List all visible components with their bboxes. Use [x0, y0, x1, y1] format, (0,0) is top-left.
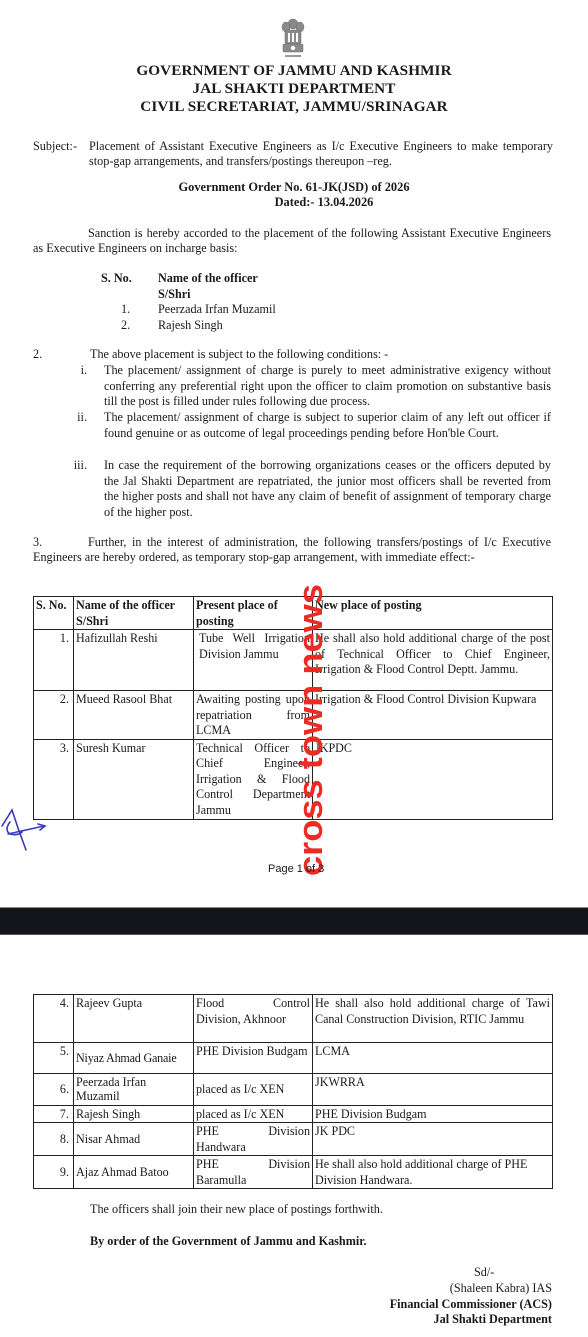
handwritten-initial-icon — [0, 804, 50, 854]
signatory-department: Jal Shakti Department — [30, 1312, 552, 1327]
secretariat-title: CIVIL SECRETARIAT, JAMMU/SRINAGAR — [0, 98, 588, 116]
table-row: 8. Nisar Ahmad PHE Division Handwara JK … — [34, 1123, 553, 1156]
placement-col-sno: S. No. — [101, 271, 158, 287]
subject-text: Placement of Assistant Executive Enginee… — [89, 139, 553, 169]
para-2-number: 2. — [33, 347, 42, 362]
header-sno: S. No. — [34, 597, 74, 630]
department-title: JAL SHAKTI DEPARTMENT — [0, 80, 588, 98]
table-row: 5. Niyaz Ahmad Ganaie PHE Division Budga… — [34, 1043, 553, 1074]
para-2-intro: The above placement is subject to the fo… — [90, 347, 388, 362]
page-separator — [0, 907, 588, 935]
national-emblem-icon — [278, 16, 308, 62]
page-number: Page 1 of 3 — [268, 862, 324, 877]
signatory-name: (Shaleen Kabra) IAS — [30, 1281, 552, 1296]
header-name: Name of the officerS/Shri — [74, 597, 194, 630]
sd-mark: Sd/- — [474, 1265, 494, 1280]
para-3: Further, in the interest of administrati… — [33, 535, 551, 565]
placement-row: 1. Peerzada Irfan Muzamil — [101, 302, 276, 318]
placement-row: 2. Rajesh Singh — [101, 318, 276, 334]
placement-sub-header: S/Shri — [158, 287, 276, 303]
placement-col-name: Name of the officer — [158, 271, 276, 287]
by-order-line: By order of the Government of Jammu and … — [90, 1234, 367, 1249]
subject-label: Subject:- — [33, 139, 77, 154]
order-number: Government Order No. 61-JK(JSD) of 2026 — [0, 180, 588, 195]
para-1: Sanction is hereby accorded to the place… — [33, 226, 551, 256]
watermark-text: cross town news — [292, 584, 330, 876]
order-date: Dated:- 13.04.2026 — [30, 195, 588, 210]
table-row: 9. Ajaz Ahmad Batoo PHE Division Baramul… — [34, 1156, 553, 1189]
placement-list: S. No. Name of the officer S/Shri 1. Pee… — [101, 271, 276, 333]
signatory-title: Financial Commissioner (ACS) — [30, 1297, 552, 1312]
watermark: cross town news — [292, 580, 332, 880]
table-row: 6. Peerzada Irfan Muzamil placed as I/c … — [34, 1074, 553, 1106]
govt-title: GOVERNMENT OF JAMMU AND KASHMIR — [0, 62, 588, 80]
subject-block: Subject:- Placement of Assistant Executi… — [33, 139, 553, 169]
table-row: 7. Rajesh Singh placed as I/c XEN PHE Di… — [34, 1106, 553, 1123]
header-new: New place of posting — [313, 597, 553, 630]
table-row: 4. Rajeev Gupta Flood Control Division, … — [34, 995, 553, 1043]
join-instruction: The officers shall join their new place … — [90, 1202, 383, 1217]
transfer-table-page-2: 4. Rajeev Gupta Flood Control Division, … — [33, 994, 553, 1189]
